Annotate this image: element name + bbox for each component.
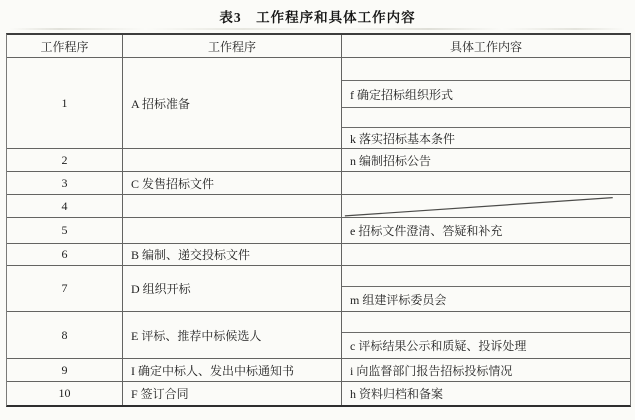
detail-cell-group: c 评标结果公示和质疑、投诉处理	[341, 312, 630, 358]
table-row: 8 E 评标、推荐中标候选人 c 评标结果公示和质疑、投诉处理	[7, 311, 630, 358]
table-title: 表3 工作程序和具体工作内容	[0, 6, 635, 26]
procedure-cell: D 组织开标	[122, 266, 341, 311]
detail-cell: h 资料归档和备案	[341, 382, 630, 405]
row-number-cell: 9	[7, 359, 122, 381]
detail-cell	[341, 172, 630, 194]
procedure-cell: A 招标准备	[122, 58, 341, 148]
table-row: 3 C 发售招标文件	[7, 171, 630, 194]
detail-subcell	[342, 266, 630, 286]
table-row: 2 n 编制招标公告	[7, 148, 630, 171]
table-row: 10 F 签订合同 h 资料归档和备案	[7, 381, 630, 405]
detail-cell-group: m 组建评标委员会	[341, 266, 630, 311]
procedure-cell: F 签订合同	[122, 382, 341, 405]
detail-cell: e 招标文件澄清、答疑和补充	[341, 218, 630, 243]
detail-cell: i 向监督部门报告招标投标情况	[341, 359, 630, 381]
procedure-cell	[122, 195, 341, 217]
detail-subcell: f 确定招标组织形式	[342, 80, 630, 107]
table-header-row: 工作程序 工作程序 具体工作内容	[7, 35, 630, 57]
detail-subcell: k 落实招标基本条件	[342, 127, 630, 148]
row-number-cell: 1	[7, 58, 122, 148]
detail-cell-group: f 确定招标组织形式 k 落实招标基本条件	[341, 58, 630, 148]
table-row: 4	[7, 194, 630, 217]
header-cell-procedure: 工作程序	[122, 35, 341, 57]
table-row: 1 A 招标准备 f 确定招标组织形式 k 落实招标基本条件	[7, 57, 630, 148]
procedure-cell	[122, 218, 341, 243]
row-number-cell: 10	[7, 382, 122, 405]
procedure-cell: B 编制、递交投标文件	[122, 244, 341, 265]
header-cell-procedure-no: 工作程序	[7, 35, 122, 57]
detail-cell	[341, 244, 630, 265]
detail-subcell: c 评标结果公示和质疑、投诉处理	[342, 332, 630, 358]
header-cell-details: 具体工作内容	[341, 35, 630, 57]
procedure-cell: I 确定中标人、发出中标通知书	[122, 359, 341, 381]
detail-subcell	[342, 312, 630, 332]
row-number-cell: 5	[7, 218, 122, 243]
detail-subcell	[342, 58, 630, 80]
procedure-cell: E 评标、推荐中标候选人	[122, 312, 341, 358]
table-row: 7 D 组织开标 m 组建评标委员会	[7, 265, 630, 311]
table-row: 5 e 招标文件澄清、答疑和补充	[7, 217, 630, 243]
table-row: 6 B 编制、递交投标文件	[7, 243, 630, 265]
procedure-cell	[122, 149, 341, 171]
detail-subcell: m 组建评标委员会	[342, 286, 630, 311]
detail-cell-crossed	[341, 195, 630, 217]
row-number-cell: 3	[7, 172, 122, 194]
row-number-cell: 6	[7, 244, 122, 265]
procedure-cell: C 发售招标文件	[122, 172, 341, 194]
detail-cell: n 编制招标公告	[341, 149, 630, 171]
row-number-cell: 4	[7, 195, 122, 217]
detail-subcell	[342, 107, 630, 127]
row-number-cell: 7	[7, 266, 122, 311]
diagonal-strike-line	[342, 195, 630, 217]
procedures-table: 工作程序 工作程序 具体工作内容 1 A 招标准备 f 确定招标组织形式 k 落…	[6, 33, 631, 407]
row-number-cell: 2	[7, 149, 122, 171]
table-row: 9 I 确定中标人、发出中标通知书 i 向监督部门报告招标投标情况	[7, 358, 630, 381]
row-number-cell: 8	[7, 312, 122, 358]
scan-artifact	[10, 28, 625, 30]
